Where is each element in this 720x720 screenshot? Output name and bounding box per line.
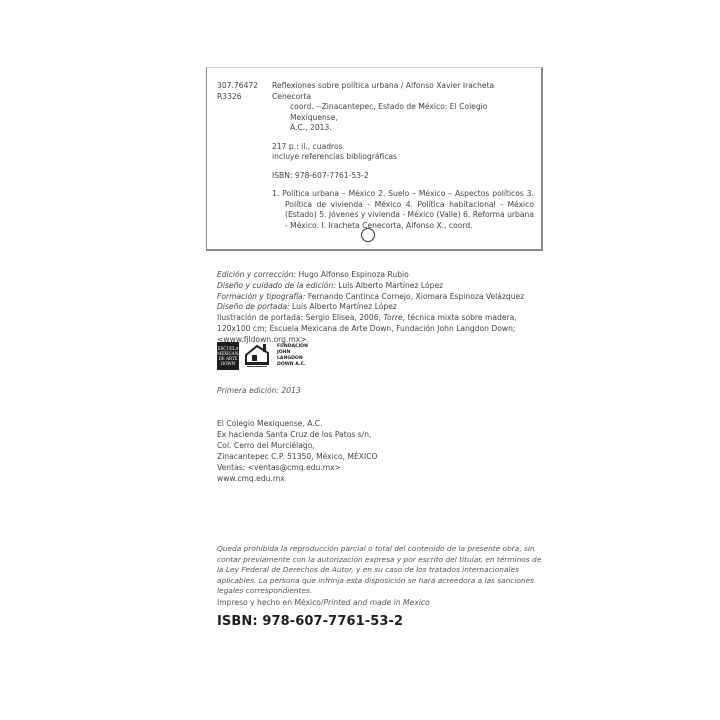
entry-pages: 217 p.: il., cuadros	[272, 142, 534, 153]
publisher-street: Ex hacienda Santa Cruz de los Patos s/n,	[217, 429, 378, 440]
entry-imprint: coord. --Zinacantepec, Estado de México:…	[272, 102, 534, 123]
edition-line: Primera edición: 2013	[217, 386, 301, 395]
catalog-card: 307.76472 R3326 Reflexiones sobre políti…	[206, 67, 543, 251]
credits: Edición y corrección: Hugo Alfonso Espin…	[217, 270, 547, 346]
entry-subjects: 1. Política urbana – México 2. Suelo – M…	[272, 189, 534, 231]
legal-notice: Queda prohibida la reproducción parcial …	[217, 544, 547, 597]
entry-imprint-year: A.C., 2013.	[272, 123, 534, 134]
copyright-page: 307.76472 R3326 Reflexiones sobre políti…	[0, 0, 720, 720]
publisher-name: El Colegio Mexiquense, A.C.	[217, 418, 378, 429]
entry-isbn: ISBN: 978-607-7761-53-2	[272, 171, 534, 182]
credit-line: Formación y tipografía: Fernando Cantinc…	[217, 292, 547, 303]
escuela-mexicana-arte-down-logo: ESCUELA MEXICANA DE ARTE DOWN	[217, 342, 239, 370]
entry-notes: incluye referencias bibliográficas	[272, 152, 534, 163]
publisher-city: Zinacantepec C.P. 51350, México, MÉXICO	[217, 451, 378, 462]
call-number: 307.76472 R3326	[217, 81, 258, 102]
credit-line: Diseño y cuidado de la edición: Luis Alb…	[217, 281, 547, 292]
printed-in: Impreso y hecho en México/Printed and ma…	[217, 598, 430, 607]
call-number-cutter: R3326	[217, 92, 258, 103]
credit-line: Edición y corrección: Hugo Alfonso Espin…	[217, 270, 547, 281]
house-logo-icon	[243, 342, 271, 370]
publisher-sales-email: Ventas: <ventas@cmq.edu.mx>	[217, 462, 378, 473]
publisher-colony: Col. Cerro del Murciélago,	[217, 440, 378, 451]
card-hole-circle-icon	[361, 228, 375, 242]
isbn-footer: ISBN: 978-607-7761-53-2	[217, 614, 403, 629]
publisher-address: El Colegio Mexiquense, A.C. Ex hacienda …	[217, 418, 378, 484]
catalog-entry: Reflexiones sobre política urbana / Alfo…	[272, 81, 534, 231]
fundacion-john-langdon-down-logo: FUNDACIÓN JOHN LANGDON DOWN A.C.	[277, 344, 308, 367]
publisher-website: www.cmq.edu.mx	[217, 473, 378, 484]
credit-line: Diseño de portada: Luis Alberto Martínez…	[217, 302, 547, 313]
call-number-class: 307.76472	[217, 81, 258, 92]
entry-title: Reflexiones sobre política urbana / Alfo…	[272, 81, 534, 102]
logos: ESCUELA MEXICANA DE ARTE DOWN FUNDACIÓN …	[217, 340, 308, 372]
